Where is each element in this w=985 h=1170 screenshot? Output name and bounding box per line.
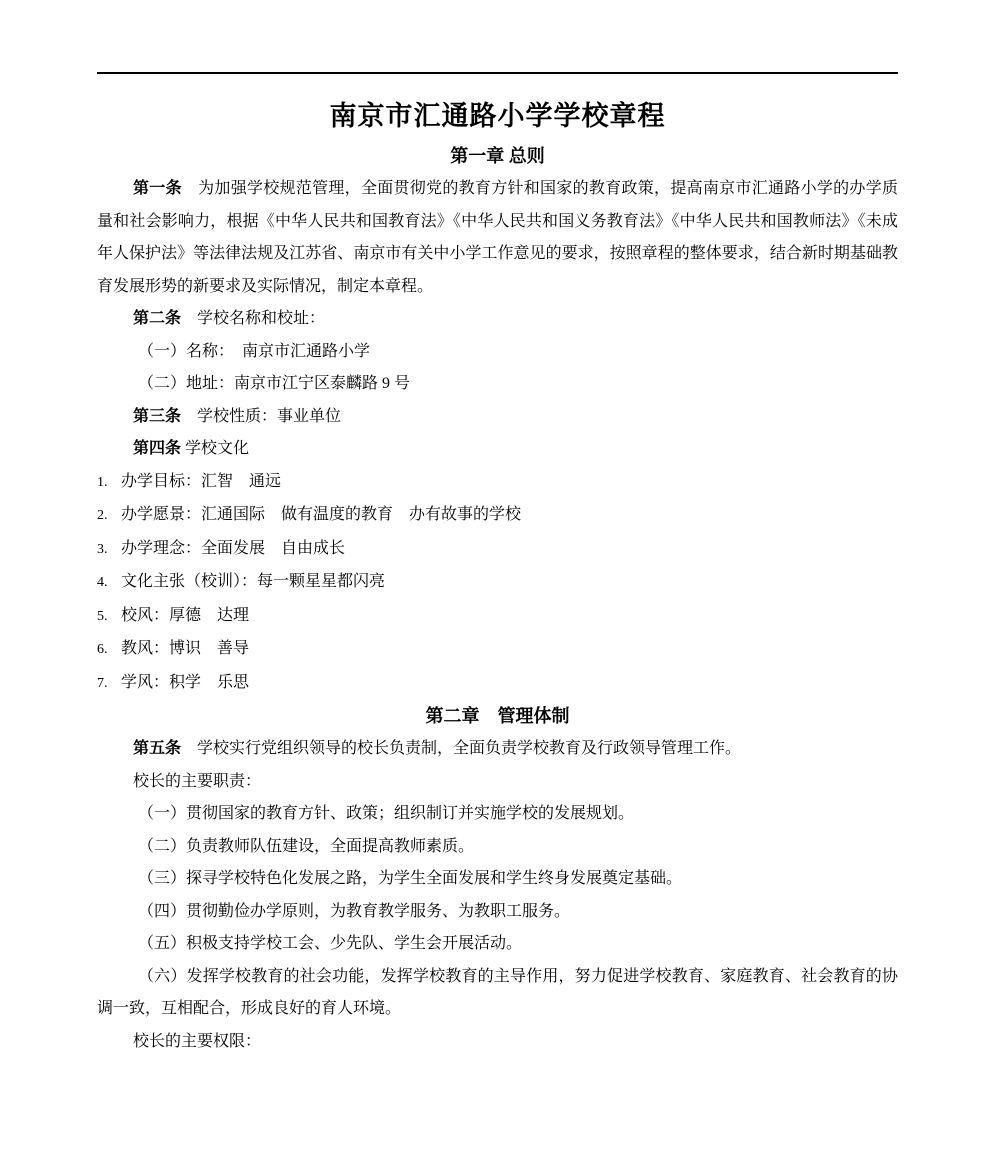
list-item-text: 学风：积学 乐思 — [121, 674, 249, 691]
sub-item-paragraph: （六）发挥学校教育的社会功能，发挥学校教育的主导作用，努力促进学校教育、家庭教育… — [97, 961, 898, 1026]
list-item: 4.文化主张（校训）：每一颗星星都闪亮 — [97, 566, 898, 600]
list-item: 6.教风：博识 善导 — [97, 633, 898, 667]
document-content: 第一章 总则第一条 为加强学校规范管理，全面贯彻党的教育方针和国家的教育政策，提… — [97, 140, 898, 1058]
plain-paragraph: 校长的主要职责： — [97, 766, 898, 799]
article-paragraph: 第五条 学校实行党组织领导的校长负责制，全面负责学校教育及行政领导管理工作。 — [97, 733, 898, 766]
article-paragraph: 第一条 为加强学校规范管理，全面贯彻党的教育方针和国家的教育政策，提高南京市汇通… — [97, 173, 898, 303]
article-paragraph: 第四条 学校文化 — [97, 433, 898, 466]
list-number: 7. — [97, 668, 121, 701]
list-number: 5. — [97, 601, 121, 634]
list-number: 2. — [97, 500, 121, 533]
list-number: 3. — [97, 534, 121, 567]
paragraph-text: 为加强学校规范管理，全面贯彻党的教育方针和国家的教育政策，提高南京市汇通路小学的… — [97, 180, 898, 295]
list-item-text: 办学愿景：汇通国际 做有温度的教育 办有故事的学校 — [121, 506, 521, 523]
sub-item-paragraph: （三）探寻学校特色化发展之路，为学生全面发展和学生终身发展奠定基础。 — [97, 863, 898, 896]
article-label: 第五条 — [133, 740, 181, 757]
list-number: 6. — [97, 634, 121, 667]
list-item: 7.学风：积学 乐思 — [97, 667, 898, 701]
paragraph-text: 学校文化 — [181, 440, 249, 457]
document-page: 南京市汇通路小学学校章程 第一章 总则第一条 为加强学校规范管理，全面贯彻党的教… — [0, 0, 985, 1170]
list-number: 4. — [97, 567, 121, 600]
article-label: 第四条 — [133, 440, 181, 457]
list-item-text: 教风：博识 善导 — [121, 640, 249, 657]
sub-item-paragraph: （一）名称： 南京市汇通路小学 — [97, 336, 898, 369]
sub-item-paragraph: （二）负责教师队伍建设，全面提高教师素质。 — [97, 831, 898, 864]
list-item-text: 办学目标：汇智 通远 — [121, 473, 281, 490]
plain-paragraph: 校长的主要权限： — [97, 1026, 898, 1059]
paragraph-text: 学校名称和校址： — [181, 310, 325, 327]
chapter-heading: 第一章 总则 — [97, 140, 898, 173]
article-paragraph: 第二条 学校名称和校址： — [97, 303, 898, 336]
list-item-text: 校风：厚德 达理 — [121, 607, 249, 624]
article-paragraph: 第三条 学校性质：事业单位 — [97, 401, 898, 434]
list-item-text: 文化主张（校训）：每一颗星星都闪亮 — [121, 573, 385, 590]
sub-item-paragraph: （二）地址：南京市江宁区泰麟路 9 号 — [97, 368, 898, 401]
document-title: 南京市汇通路小学学校章程 — [97, 74, 898, 136]
list-item: 2.办学愿景：汇通国际 做有温度的教育 办有故事的学校 — [97, 499, 898, 533]
list-item: 3.办学理念：全面发展 自由成长 — [97, 533, 898, 567]
article-label: 第一条 — [133, 180, 182, 197]
list-item: 1.办学目标：汇智 通远 — [97, 466, 898, 500]
paragraph-text: 学校实行党组织领导的校长负责制，全面负责学校教育及行政领导管理工作。 — [181, 740, 741, 757]
sub-item-paragraph: （四）贯彻勤俭办学原则，为教育教学服务、为教职工服务。 — [97, 896, 898, 929]
list-item: 5.校风：厚德 达理 — [97, 600, 898, 634]
list-number: 1. — [97, 467, 121, 500]
paragraph-text: 学校性质：事业单位 — [181, 408, 341, 425]
sub-item-paragraph: （五）积极支持学校工会、少先队、学生会开展活动。 — [97, 928, 898, 961]
list-item-text: 办学理念：全面发展 自由成长 — [121, 540, 345, 557]
sub-item-paragraph: （一）贯彻国家的教育方针、政策；组织制订并实施学校的发展规划。 — [97, 798, 898, 831]
article-label: 第三条 — [133, 408, 181, 425]
chapter-heading: 第二章 管理体制 — [97, 700, 898, 733]
article-label: 第二条 — [133, 310, 181, 327]
